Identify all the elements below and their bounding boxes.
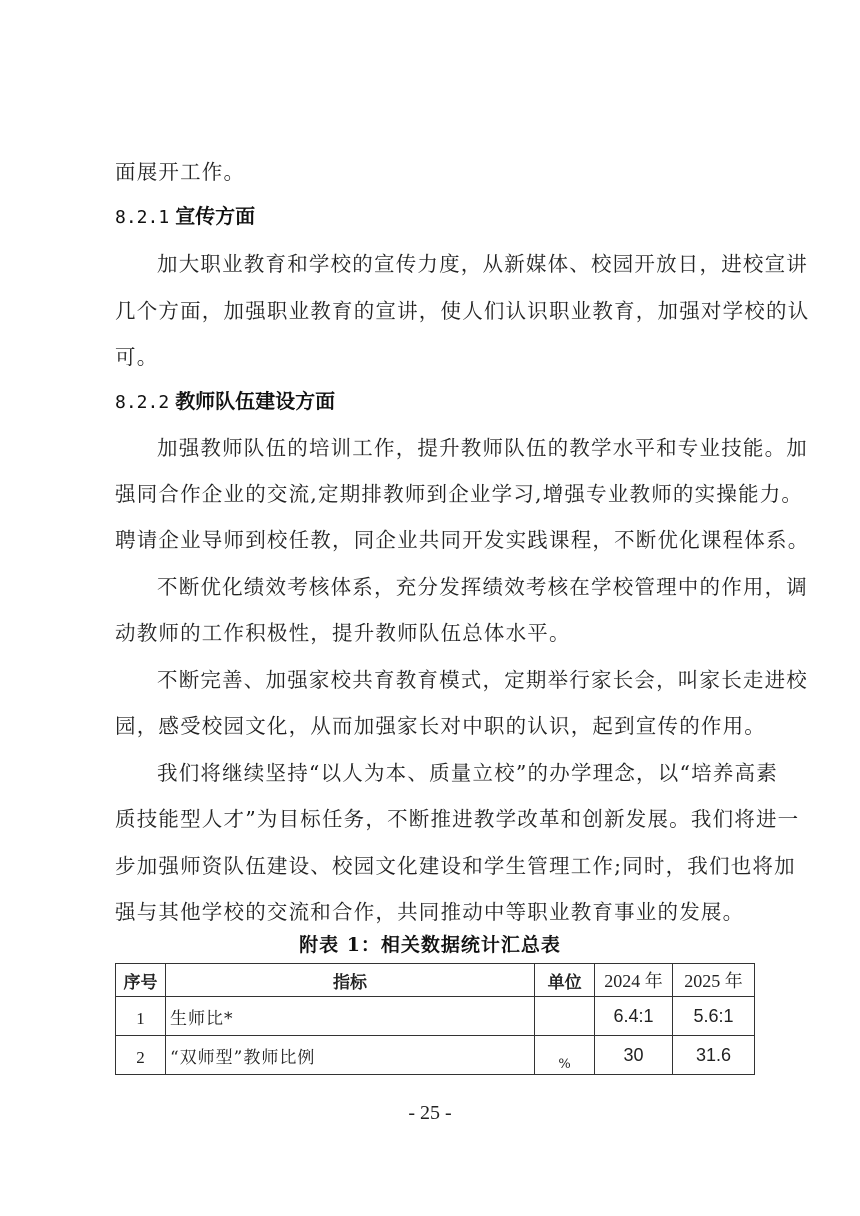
header-2025: 2025 年 <box>673 964 755 997</box>
statistics-table: 序号 指标 单位 2024 年 2025 年 1 生师比* 6.4:1 5.6:… <box>115 963 755 1075</box>
cell-2024: 6.4:1 <box>595 997 673 1036</box>
cell-seq: 2 <box>116 1036 166 1075</box>
heading-text: 教师队伍建设方面 <box>175 389 335 413</box>
cell-2024: 30 <box>595 1036 673 1075</box>
section-heading-8-2-2: 8.2.2教师队伍建设方面 <box>115 387 335 417</box>
paragraph-line: 几个方面，加强职业教育的宣讲，使人们认识职业教育，加强对学校的认 <box>115 297 755 325</box>
section-heading-8-2-1: 8.2.1宣传方面 <box>115 202 255 232</box>
paragraph-line: 质技能型人才”为目标任务，不断推进教学改革和创新发展。我们将进一 <box>115 805 755 833</box>
cell-seq: 1 <box>116 997 166 1036</box>
header-indicator: 指标 <box>165 964 534 997</box>
header-unit: 单位 <box>535 964 595 997</box>
heading-text: 宣传方面 <box>175 204 255 228</box>
paragraph-line: 聘请企业导师到校任教，同企业共同开发实践课程，不断优化课程体系。 <box>115 526 755 554</box>
cell-indicator: “双师型”教师比例 <box>165 1036 534 1075</box>
paragraph-line: 园，感受校园文化，从而加强家长对中职的认识，起到宣传的作用。 <box>115 712 755 740</box>
heading-number: 8.2.1 <box>115 207 169 228</box>
paragraph-line: 步加强师资队伍建设、校园文化建设和学生管理工作;同时，我们也将加 <box>115 852 755 880</box>
cell-2025: 5.6:1 <box>673 997 755 1036</box>
paragraph-line: 不断完善、加强家校共育教育模式，定期举行家长会，叫家长走进校 <box>157 666 755 694</box>
header-seq: 序号 <box>116 964 166 997</box>
paragraph-line: 我们将继续坚持“以人为本、质量立校”的办学理念，以“培养高素 <box>157 759 755 787</box>
heading-number: 8.2.2 <box>115 392 169 413</box>
header-2024: 2024 年 <box>595 964 673 997</box>
document-page: 面展开工作。 8.2.1宣传方面 加大职业教育和学校的宣传力度，从新媒体、校园开… <box>0 0 860 1216</box>
paragraph-line: 加强教师队伍的培训工作，提升教师队伍的教学水平和专业技能。加 <box>157 434 755 462</box>
table-header-row: 序号 指标 单位 2024 年 2025 年 <box>116 964 755 997</box>
paragraph-line: 不断优化绩效考核体系，充分发挥绩效考核在学校管理中的作用，调 <box>157 573 755 601</box>
cell-unit: % <box>535 1036 595 1075</box>
page-number: - 25 - <box>0 1102 860 1125</box>
paragraph-line: 加大职业教育和学校的宣传力度，从新媒体、校园开放日，进校宣讲 <box>157 250 755 278</box>
table-row: 2 “双师型”教师比例 % 30 31.6 <box>116 1036 755 1075</box>
paragraph-line: 强与其他学校的交流和合作，共同推动中等职业教育事业的发展。 <box>115 898 755 926</box>
paragraph-line: 面展开工作。 <box>115 158 755 186</box>
paragraph-line: 强同合作企业的交流,定期排教师到企业学习,增强专业教师的实操能力。 <box>115 480 755 508</box>
paragraph-line: 动教师的工作积极性，提升教师队伍总体水平。 <box>115 619 755 647</box>
cell-unit <box>535 997 595 1036</box>
table-row: 1 生师比* 6.4:1 5.6:1 <box>116 997 755 1036</box>
paragraph-line: 可。 <box>115 343 755 371</box>
cell-2025: 31.6 <box>673 1036 755 1075</box>
cell-indicator: 生师比* <box>165 997 534 1036</box>
table-title: 附表 1：相关数据统计汇总表 <box>0 930 860 957</box>
